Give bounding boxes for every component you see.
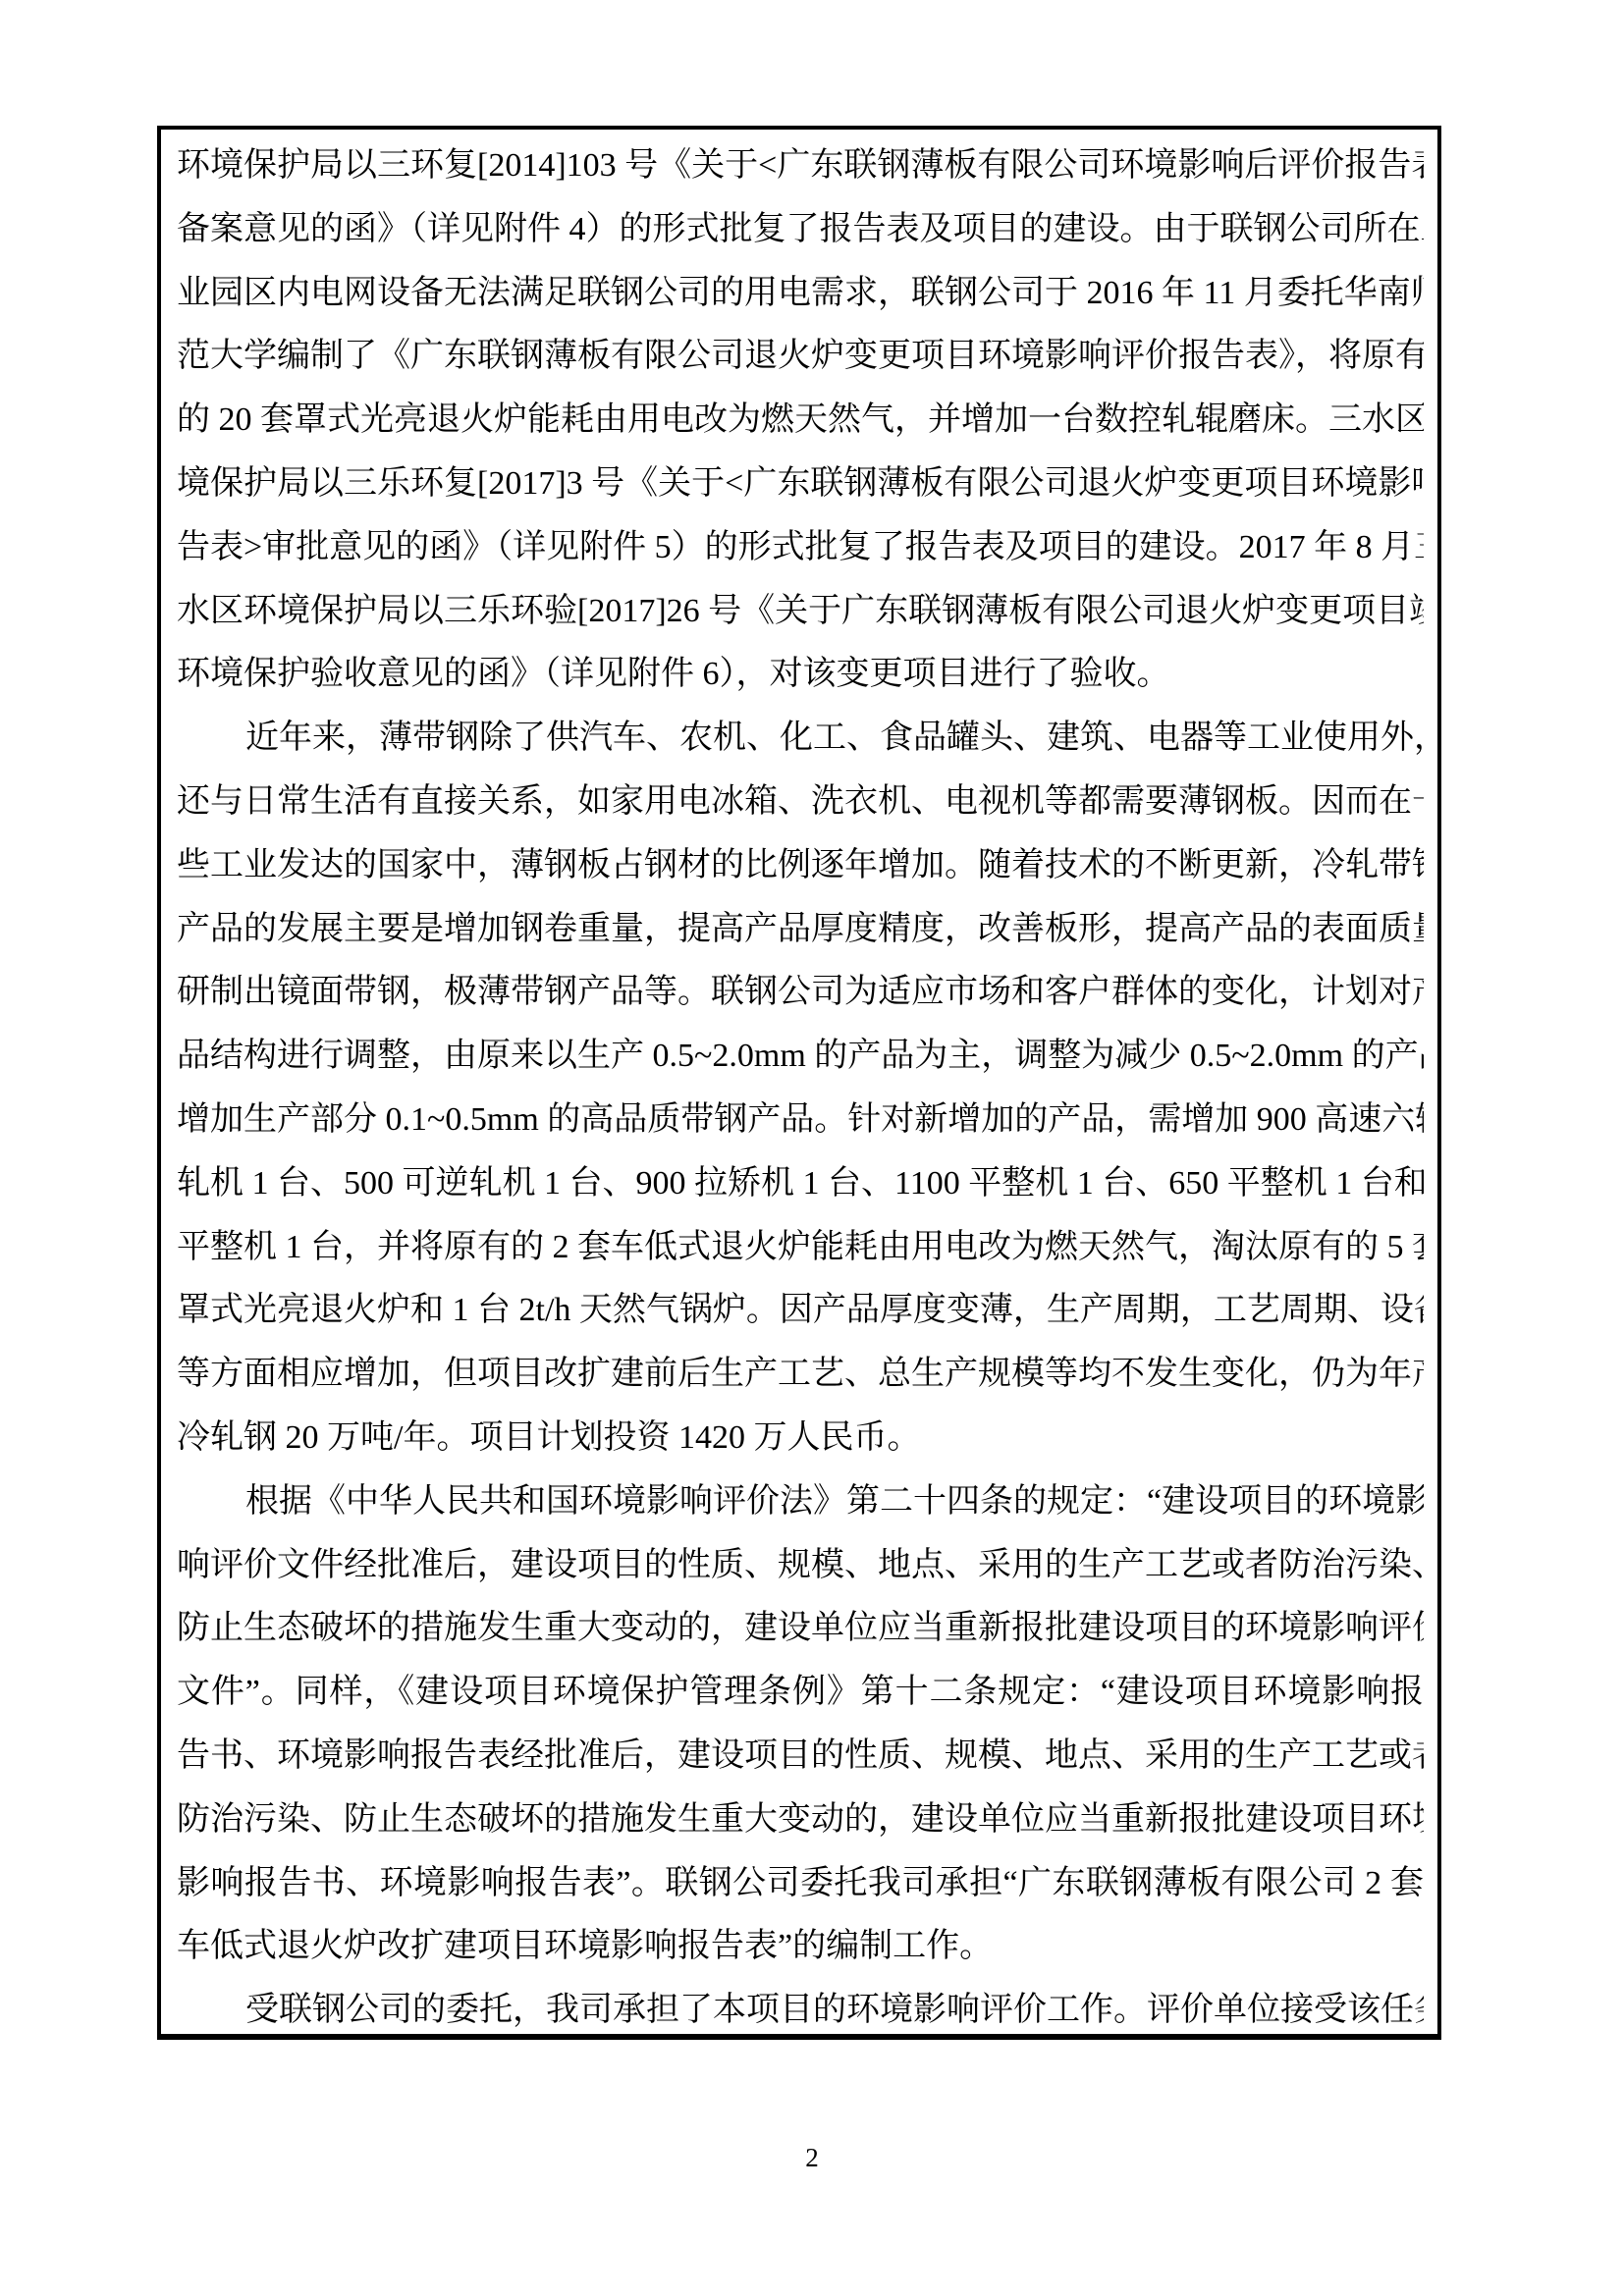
text-line: 增加生产部分 0.1~0.5mm 的高品质带钢产品。针对新增加的产品，需增加 9… <box>177 1089 1424 1152</box>
text-line: 车低式退火炉改扩建项目环境影响报告表”的编制工作。 <box>177 1915 1424 1979</box>
text-line: 近年来，薄带钢除了供汽车、农机、化工、食品罐头、建筑、电器等工业使用外， <box>177 707 1424 771</box>
text-line: 响评价文件经批准后，建设项目的性质、规模、地点、采用的生产工艺或者防治污染、 <box>177 1534 1424 1598</box>
text-line: 还与日常生活有直接关系，如家用电冰箱、洗衣机、电视机等都需要薄钢板。因而在一 <box>177 771 1424 834</box>
text-line: 防治污染、防止生态破坏的措施发生重大变动的，建设单位应当重新报批建设项目环境 <box>177 1789 1424 1852</box>
text-line: 些工业发达的国家中，薄钢板占钢材的比例逐年增加。随着技术的不断更新，冷轧带钢 <box>177 834 1424 898</box>
text-line: 产品的发展主要是增加钢卷重量，提高产品厚度精度，改善板形，提高产品的表面质量， <box>177 898 1424 962</box>
text-line: 冷轧钢 20 万吨/年。项目计划投资 1420 万人民币。 <box>177 1407 1424 1470</box>
text-line: 研制出镜面带钢，极薄带钢产品等。联钢公司为适应市场和客户群体的变化，计划对产 <box>177 961 1424 1025</box>
text-line: 影响报告书、环境影响报告表”。联钢公司委托我司承担“广东联钢薄板有限公司 2 套 <box>177 1852 1424 1916</box>
text-line: 告表>审批意见的函》（详见附件 5）的形式批复了报告表及项目的建设。2017 年… <box>177 516 1424 580</box>
text-line: 业园区内电网设备无法满足联钢公司的用电需求，联钢公司于 2016 年 11 月委… <box>177 262 1424 326</box>
text-line: 文件”。同样，《建设项目环境保护管理条例》第十二条规定：“建设项目环境影响报 <box>177 1661 1424 1725</box>
text-line: 平整机 1 台，并将原有的 2 套车低式退火炉能耗由用电改为燃天然气，淘汰原有的… <box>177 1216 1424 1280</box>
text-line: 防止生态破坏的措施发生重大变动的，建设单位应当重新报批建设项目的环境影响评价 <box>177 1597 1424 1661</box>
text-line: 轧机 1 台、500 可逆轧机 1 台、900 拉矫机 1 台、1100 平整机… <box>177 1152 1424 1216</box>
text-line: 环境保护验收意见的函》（详见附件 6），对该变更项目进行了验收。 <box>177 643 1424 707</box>
text-line: 的 20 套罩式光亮退火炉能耗由用电改为燃天然气，并增加一台数控轧辊磨床。三水区… <box>177 389 1424 453</box>
text-line: 根据《中华人民共和国环境影响评价法》第二十四条的规定：“建设项目的环境影 <box>177 1470 1424 1534</box>
text-line: 品结构进行调整，由原来以生产 0.5~2.0mm 的产品为主，调整为减少 0.5… <box>177 1025 1424 1089</box>
report-text-cell: 环境保护局以三环复[2014]103 号《关于<广东联钢薄板有限公司环境影响后评… <box>157 126 1441 2040</box>
document-page: 环境保护局以三环复[2014]103 号《关于<广东联钢薄板有限公司环境影响后评… <box>0 0 1624 2296</box>
text-line: 境保护局以三乐环复[2017]3 号《关于<广东联钢薄板有限公司退火炉变更项目环… <box>177 453 1424 516</box>
text-line: 范大学编制了《广东联钢薄板有限公司退火炉变更项目环境影响评价报告表》，将原有 <box>177 325 1424 389</box>
text-line: 备案意见的函》（详见附件 4）的形式批复了报告表及项目的建设。由于联钢公司所在工 <box>177 198 1424 262</box>
text-line: 等方面相应增加，但项目改扩建前后生产工艺、总生产规模等均不发生变化，仍为年产 <box>177 1343 1424 1407</box>
text-line: 环境保护局以三环复[2014]103 号《关于<广东联钢薄板有限公司环境影响后评… <box>177 134 1424 198</box>
page-number: 2 <box>0 2138 1624 2177</box>
text-line: 告书、环境影响报告表经批准后，建设项目的性质、规模、地点、采用的生产工艺或者 <box>177 1725 1424 1789</box>
text-line: 罩式光亮退火炉和 1 台 2t/h 天然气锅炉。因产品厚度变薄，生产周期，工艺周… <box>177 1279 1424 1343</box>
text-line: 水区环境保护局以三乐环验[2017]26 号《关于广东联钢薄板有限公司退火炉变更… <box>177 580 1424 644</box>
text-line: 受联钢公司的委托，我司承担了本项目的环境影响评价工作。评价单位接受该任务 <box>177 1979 1424 2040</box>
